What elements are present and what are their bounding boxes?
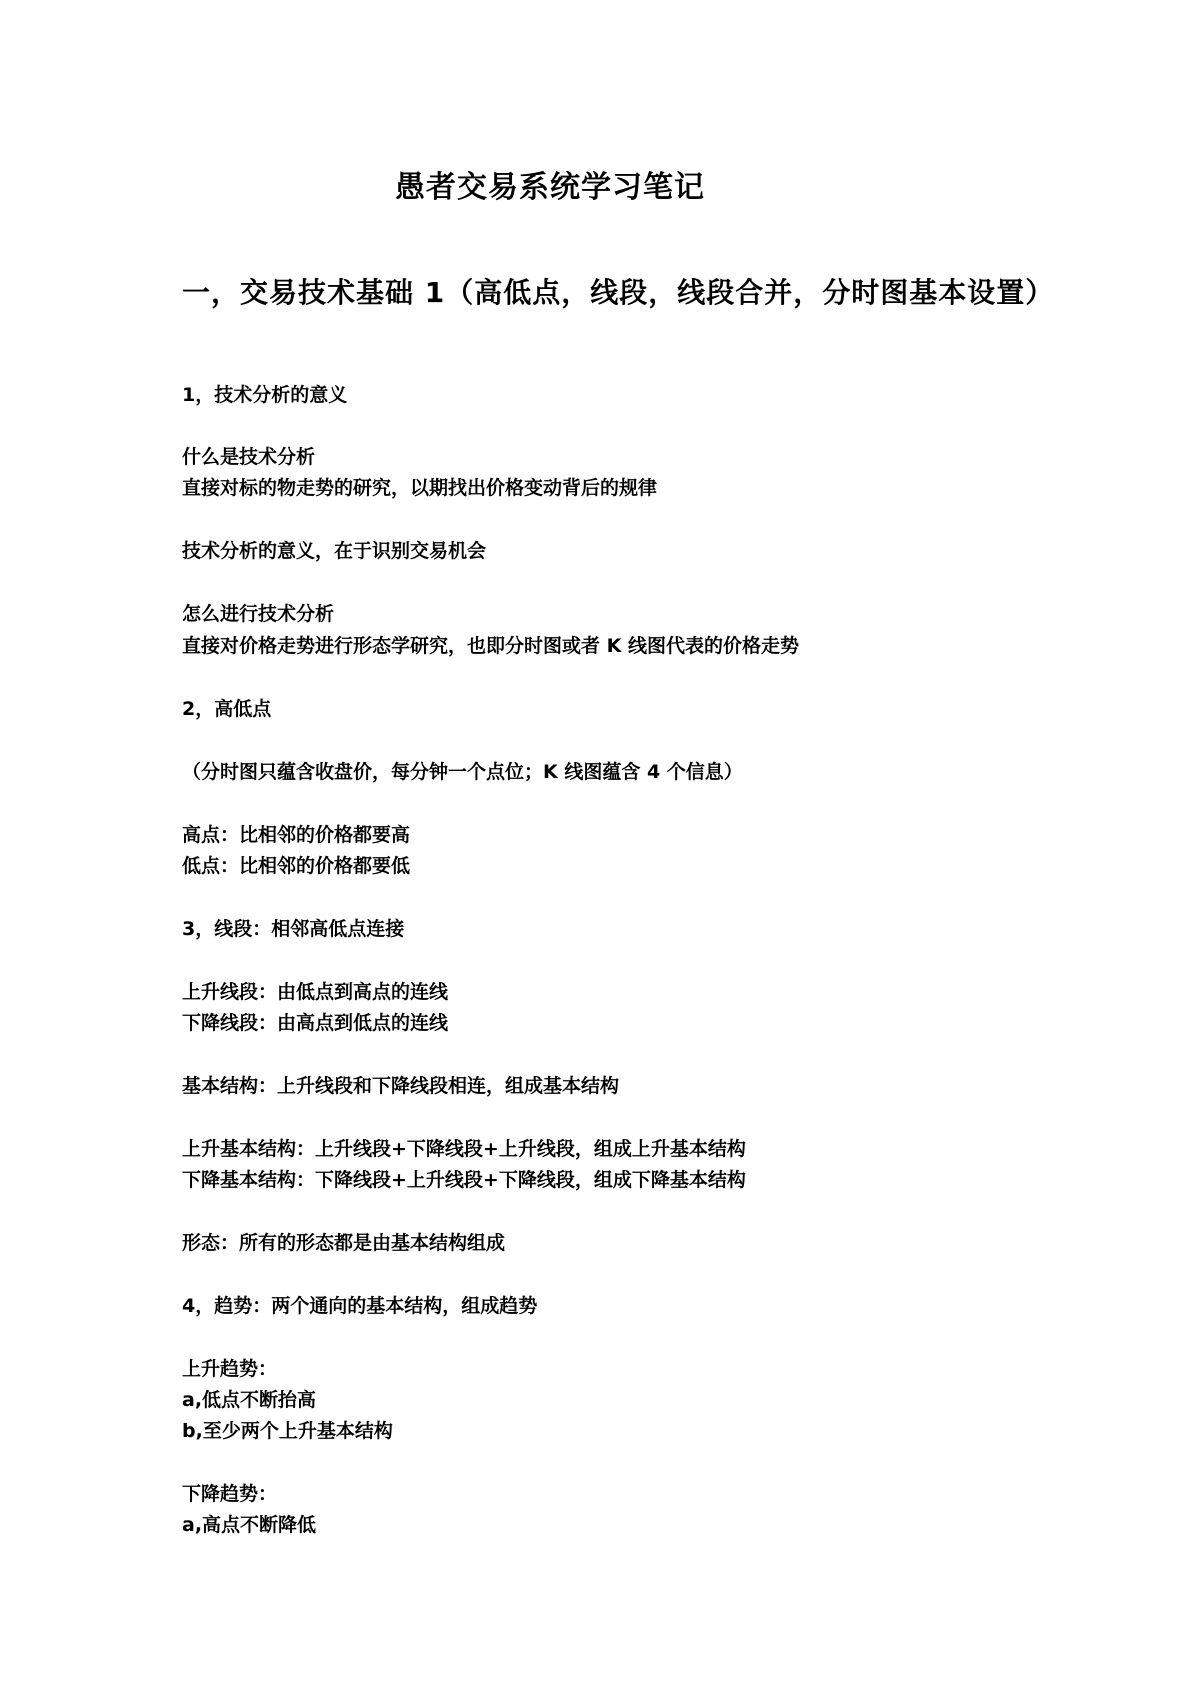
paragraph-text: 直接对价格走势进行形态学研究，也即分时图或者 K 线图代表的价格走势 [182, 633, 799, 659]
label-downtrend: 下降趋势： [182, 1481, 277, 1507]
subheading-segments: 3，线段：相邻高低点连接 [182, 916, 404, 942]
list-item: a,高点不断降低 [182, 1512, 316, 1538]
paragraph-label: 什么是技术分析 [182, 444, 315, 470]
definition-rising-segment: 上升线段：由低点到高点的连线 [182, 979, 448, 1005]
definition-rising-basic-structure: 上升基本结构：上升线段+下降线段+上升线段，组成上升基本结构 [182, 1136, 746, 1162]
paragraph-label: 怎么进行技术分析 [182, 601, 334, 627]
document-title: 愚者交易系统学习笔记 [0, 168, 1100, 208]
subheading-technical-analysis-meaning: 1，技术分析的意义 [182, 382, 347, 408]
paragraph-text: 直接对标的物走势的研究，以期找出价格变动背后的规律 [182, 475, 657, 501]
definition-falling-segment: 下降线段：由高点到低点的连线 [182, 1010, 448, 1036]
definition-low-point: 低点：比相邻的价格都要低 [182, 853, 410, 879]
list-item: a,低点不断抬高 [182, 1387, 316, 1413]
definition-high-point: 高点：比相邻的价格都要高 [182, 822, 410, 848]
definition-falling-basic-structure: 下降基本结构：下降线段+上升线段+下降线段，组成下降基本结构 [182, 1167, 746, 1193]
list-item: b,至少两个上升基本结构 [182, 1418, 393, 1444]
paragraph-text: 技术分析的意义，在于识别交易机会 [182, 538, 486, 564]
paragraph-note: （分时图只蕴含收盘价，每分钟一个点位；K 线图蕴含 4 个信息） [182, 759, 743, 785]
subheading-trend: 4，趋势：两个通向的基本结构，组成趋势 [182, 1293, 537, 1319]
definition-basic-structure: 基本结构：上升线段和下降线段相连，组成基本结构 [182, 1073, 619, 1099]
subheading-high-low-points: 2，高低点 [182, 696, 271, 722]
definition-pattern: 形态：所有的形态都是由基本结构组成 [182, 1230, 505, 1256]
section-heading: 一，交易技术基础 1（高低点，线段，线段合并，分时图基本设置） [182, 262, 1042, 324]
label-uptrend: 上升趋势： [182, 1356, 277, 1382]
document-page: 愚者交易系统学习笔记 一，交易技术基础 1（高低点，线段，线段合并，分时图基本设… [0, 0, 1200, 1696]
